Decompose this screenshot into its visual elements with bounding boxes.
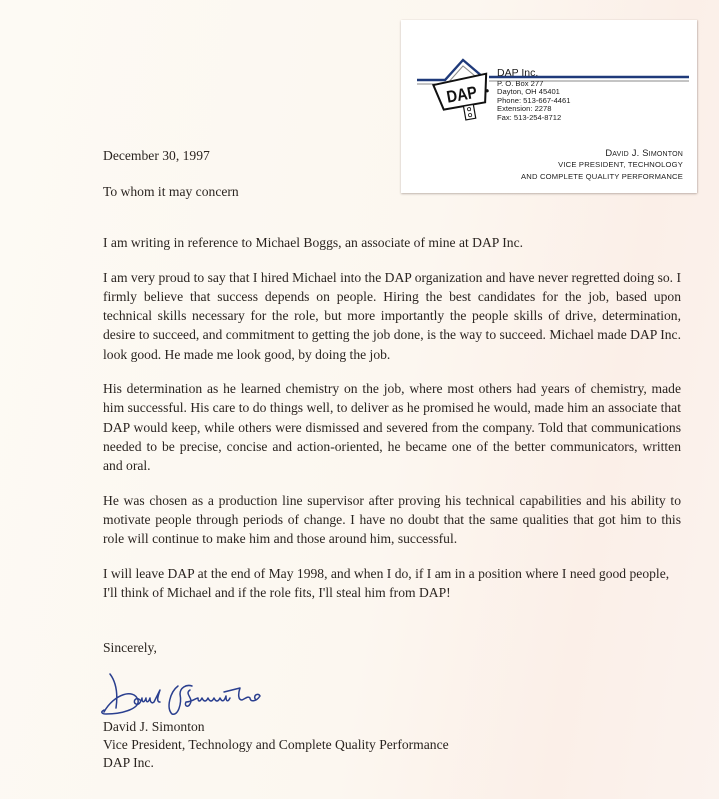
letter-body: I am writing in reference to Michael Bog… xyxy=(103,233,681,618)
paragraph-2: I am very proud to say that I hired Mich… xyxy=(103,268,681,364)
signer-company: DAP Inc. xyxy=(103,754,449,772)
card-person-title-2: and Complete Quality Performance xyxy=(521,171,683,183)
letter-salutation: To whom it may concern xyxy=(103,184,239,200)
card-contact-lines: P. O. Box 277 Dayton, OH 45401 Phone: 51… xyxy=(497,80,570,122)
card-fax: Fax: 513-254-8712 xyxy=(497,114,570,122)
paragraph-3: His determination as he learned chemistr… xyxy=(103,379,681,475)
card-company-name: DAP Inc. xyxy=(497,68,538,79)
signer-title: Vice President, Technology and Complete … xyxy=(103,736,449,754)
signer-name: David J. Simonton xyxy=(103,718,449,736)
card-person-name: David J. Simonton xyxy=(521,147,683,159)
paragraph-4: He was chosen as a production line super… xyxy=(103,491,681,549)
signature-icon xyxy=(100,668,270,718)
paragraph-5: I will leave DAP at the end of May 1998,… xyxy=(103,564,681,602)
signer-block: David J. Simonton Vice President, Techno… xyxy=(103,718,449,772)
card-person-title-1: Vice President, Technology xyxy=(521,159,683,171)
letter-date: December 30, 1997 xyxy=(103,148,210,164)
card-person-block: David J. Simonton Vice President, Techno… xyxy=(521,147,683,183)
letter-closing: Sincerely, xyxy=(103,640,157,656)
business-card: DAP DAP Inc. P. O. Box 277 Dayton, OH 45… xyxy=(401,20,697,193)
paragraph-1: I am writing in reference to Michael Bog… xyxy=(103,233,681,252)
